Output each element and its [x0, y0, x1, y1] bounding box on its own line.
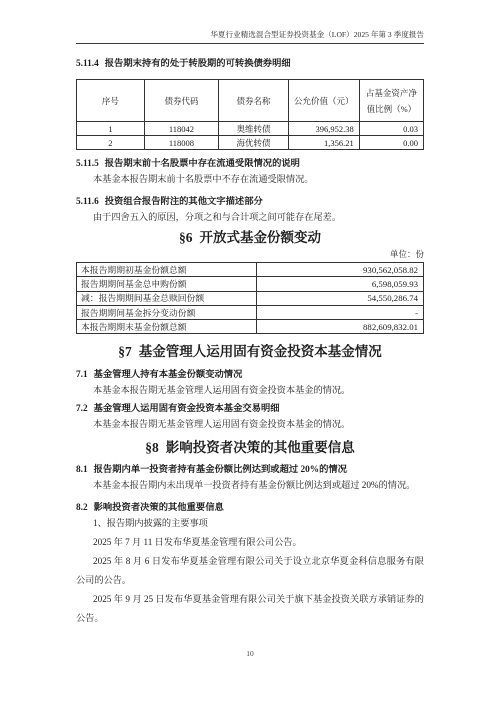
section-5-11-5-title: 报告期末前十名股票中存在流通受限情况的说明: [105, 159, 300, 169]
section-8-1-number: 8.1: [76, 465, 88, 475]
section-8-number: §8: [145, 440, 159, 455]
disclosure-item: 2025 年 7 月 11 日发布华夏基金管理有限公司公告。: [76, 533, 424, 552]
section-7-number: §7: [118, 344, 132, 359]
cell-bond-code: 118008: [144, 136, 219, 150]
cell-serial: 2: [77, 136, 145, 150]
section-5-11-6-number: 5.11.6: [76, 197, 99, 207]
table-row: 报告期期间基金拆分变动份额 -: [77, 305, 424, 319]
fund-share-change-table: 本报告期期初基金份额总额 930,562,058.82 报告期期间基金总申购份额…: [76, 262, 424, 334]
page-number: 10: [0, 649, 500, 658]
section-5-11-5-heading: 5.11.5报告期末前十名股票中存在流通受限情况的说明: [76, 158, 424, 170]
section-8-2-number: 8.2: [76, 503, 88, 513]
cell-label: 报告期期间基金总申购份额: [77, 277, 257, 291]
col-header-bond-code: 债券代码: [144, 80, 219, 122]
col-header-serial: 序号: [77, 80, 145, 122]
section-5-11-6-heading: 5.11.6投资组合报告附注的其他文字描述部分: [76, 196, 424, 208]
cell-value: 54,550,286.74: [257, 291, 424, 305]
document-page: 华夏行业精选混合型证券投资基金（LOF）2025 年第 3 季度报告 5.11.…: [0, 0, 500, 707]
table-row: 本报告期期末基金份额总额 882,609,832.01: [77, 320, 424, 334]
unit-label: 单位：份: [76, 249, 424, 259]
section-8-2-heading: 8.2影响投资者决策的其他重要信息: [76, 502, 424, 514]
section-7-1-number: 7.1: [76, 370, 88, 380]
section-6-heading: §6开放式基金份额变动: [76, 230, 424, 246]
section-5-11-6-body: 由于四舍五入的原因，分项之和与合计项之间可能存在尾差。: [76, 208, 424, 227]
table-row: 本报告期期初基金份额总额 930,562,058.82: [77, 263, 424, 277]
section-5-11-5-body: 本基金本报告期末前十名股票中不存在流通受限情况。: [76, 170, 424, 189]
cell-label: 减：报告期期间基金总赎回份额: [77, 291, 257, 305]
cell-bond-code: 118042: [144, 122, 219, 136]
table-row: 2 118008 海优转债 1,356.21 0.00: [77, 136, 424, 150]
table-row: 报告期期间基金总申购份额 6,598,059.93: [77, 277, 424, 291]
table-row: 1 118042 奥维转债 396,952.38 0.03: [77, 122, 424, 136]
col-header-fair-value: 公允价值（元）: [288, 80, 359, 122]
disclosure-item: 1、报告期内披露的主要事项: [76, 514, 424, 533]
cell-nav-ratio: 0.03: [359, 122, 423, 136]
section-7-title: 基金管理人运用固有资金投资本基金情况: [139, 344, 382, 359]
cell-bond-name: 奥维转债: [219, 122, 288, 136]
section-7-1-title: 基金管理人持有本基金份额变动情况: [94, 370, 243, 380]
section-6-number: §6: [179, 230, 193, 245]
table-row: 减：报告期期间基金总赎回份额 54,550,286.74: [77, 291, 424, 305]
cell-value: 930,562,058.82: [257, 263, 424, 277]
disclosure-item: 2025 年 8 月 6 日发布华夏基金管理有限公司关于设立北京华夏金科信息服务…: [76, 552, 424, 590]
table-header-row: 序号 债券代码 债券名称 公允价值（元） 占基金资产净值比例（%）: [77, 80, 424, 122]
section-5-11-4-number: 5.11.4: [76, 59, 99, 69]
section-7-2-number: 7.2: [76, 404, 88, 414]
section-5-11-4-title: 报告期末持有的处于转股期的可转换债券明细: [105, 59, 291, 69]
page-header-title: 华夏行业精选混合型证券投资基金（LOF）2025 年第 3 季度报告: [210, 30, 424, 39]
cell-fair-value: 396,952.38: [288, 122, 359, 136]
cell-label: 报告期期间基金拆分变动份额: [77, 305, 257, 319]
section-8-1-title: 报告期内单一投资者持有基金份额比例达到或超过 20%的情况: [94, 465, 347, 475]
section-5-11-4-heading: 5.11.4报告期末持有的处于转股期的可转换债券明细: [76, 58, 424, 70]
cell-value: -: [257, 305, 424, 319]
section-6-title: 开放式基金份额变动: [200, 230, 322, 245]
cell-fair-value: 1,356.21: [288, 136, 359, 150]
section-8-heading: §8影响投资者决策的其他重要信息: [76, 440, 424, 456]
section-7-1-heading: 7.1基金管理人持有本基金份额变动情况: [76, 369, 424, 381]
section-7-2-title: 基金管理人运用固有资金投资本基金交易明细: [94, 404, 280, 414]
col-header-nav-ratio: 占基金资产净值比例（%）: [359, 80, 423, 122]
section-5-11-5-number: 5.11.5: [76, 159, 99, 169]
cell-serial: 1: [77, 122, 145, 136]
col-header-bond-name: 债券名称: [219, 80, 288, 122]
cell-value: 882,609,832.01: [257, 320, 424, 334]
section-7-2-heading: 7.2基金管理人运用固有资金投资本基金交易明细: [76, 403, 424, 415]
page-header: 华夏行业精选混合型证券投资基金（LOF）2025 年第 3 季度报告: [76, 30, 424, 44]
cell-label: 本报告期期初基金份额总额: [77, 263, 257, 277]
cell-value: 6,598,059.93: [257, 277, 424, 291]
section-5-11-6-title: 投资组合报告附注的其他文字描述部分: [105, 197, 263, 207]
cell-nav-ratio: 0.00: [359, 136, 423, 150]
cell-bond-name: 海优转债: [219, 136, 288, 150]
section-8-2-title: 影响投资者决策的其他重要信息: [94, 503, 224, 513]
disclosure-item: 2025 年 9 月 25 日发布华夏基金管理有限公司关于旗下基金投资关联方承销…: [76, 590, 424, 628]
cell-label: 本报告期期末基金份额总额: [77, 320, 257, 334]
section-8-title: 影响投资者决策的其他重要信息: [166, 440, 355, 455]
section-7-heading: §7基金管理人运用固有资金投资本基金情况: [76, 344, 424, 360]
convertible-bonds-table: 序号 债券代码 债券名称 公允价值（元） 占基金资产净值比例（%） 1 1180…: [76, 79, 424, 150]
section-7-1-body: 本基金本报告期无基金管理人运用固有资金投资本基金的情况。: [76, 381, 424, 400]
section-8-1-heading: 8.1报告期内单一投资者持有基金份额比例达到或超过 20%的情况: [76, 464, 424, 476]
section-7-2-body: 本基金本报告期无基金管理人运用固有资金投资本基金的情况。: [76, 415, 424, 434]
section-8-1-body: 本基金本报告期内未出现单一投资者持有基金份额比例达到或超过 20%的情况。: [76, 476, 424, 495]
